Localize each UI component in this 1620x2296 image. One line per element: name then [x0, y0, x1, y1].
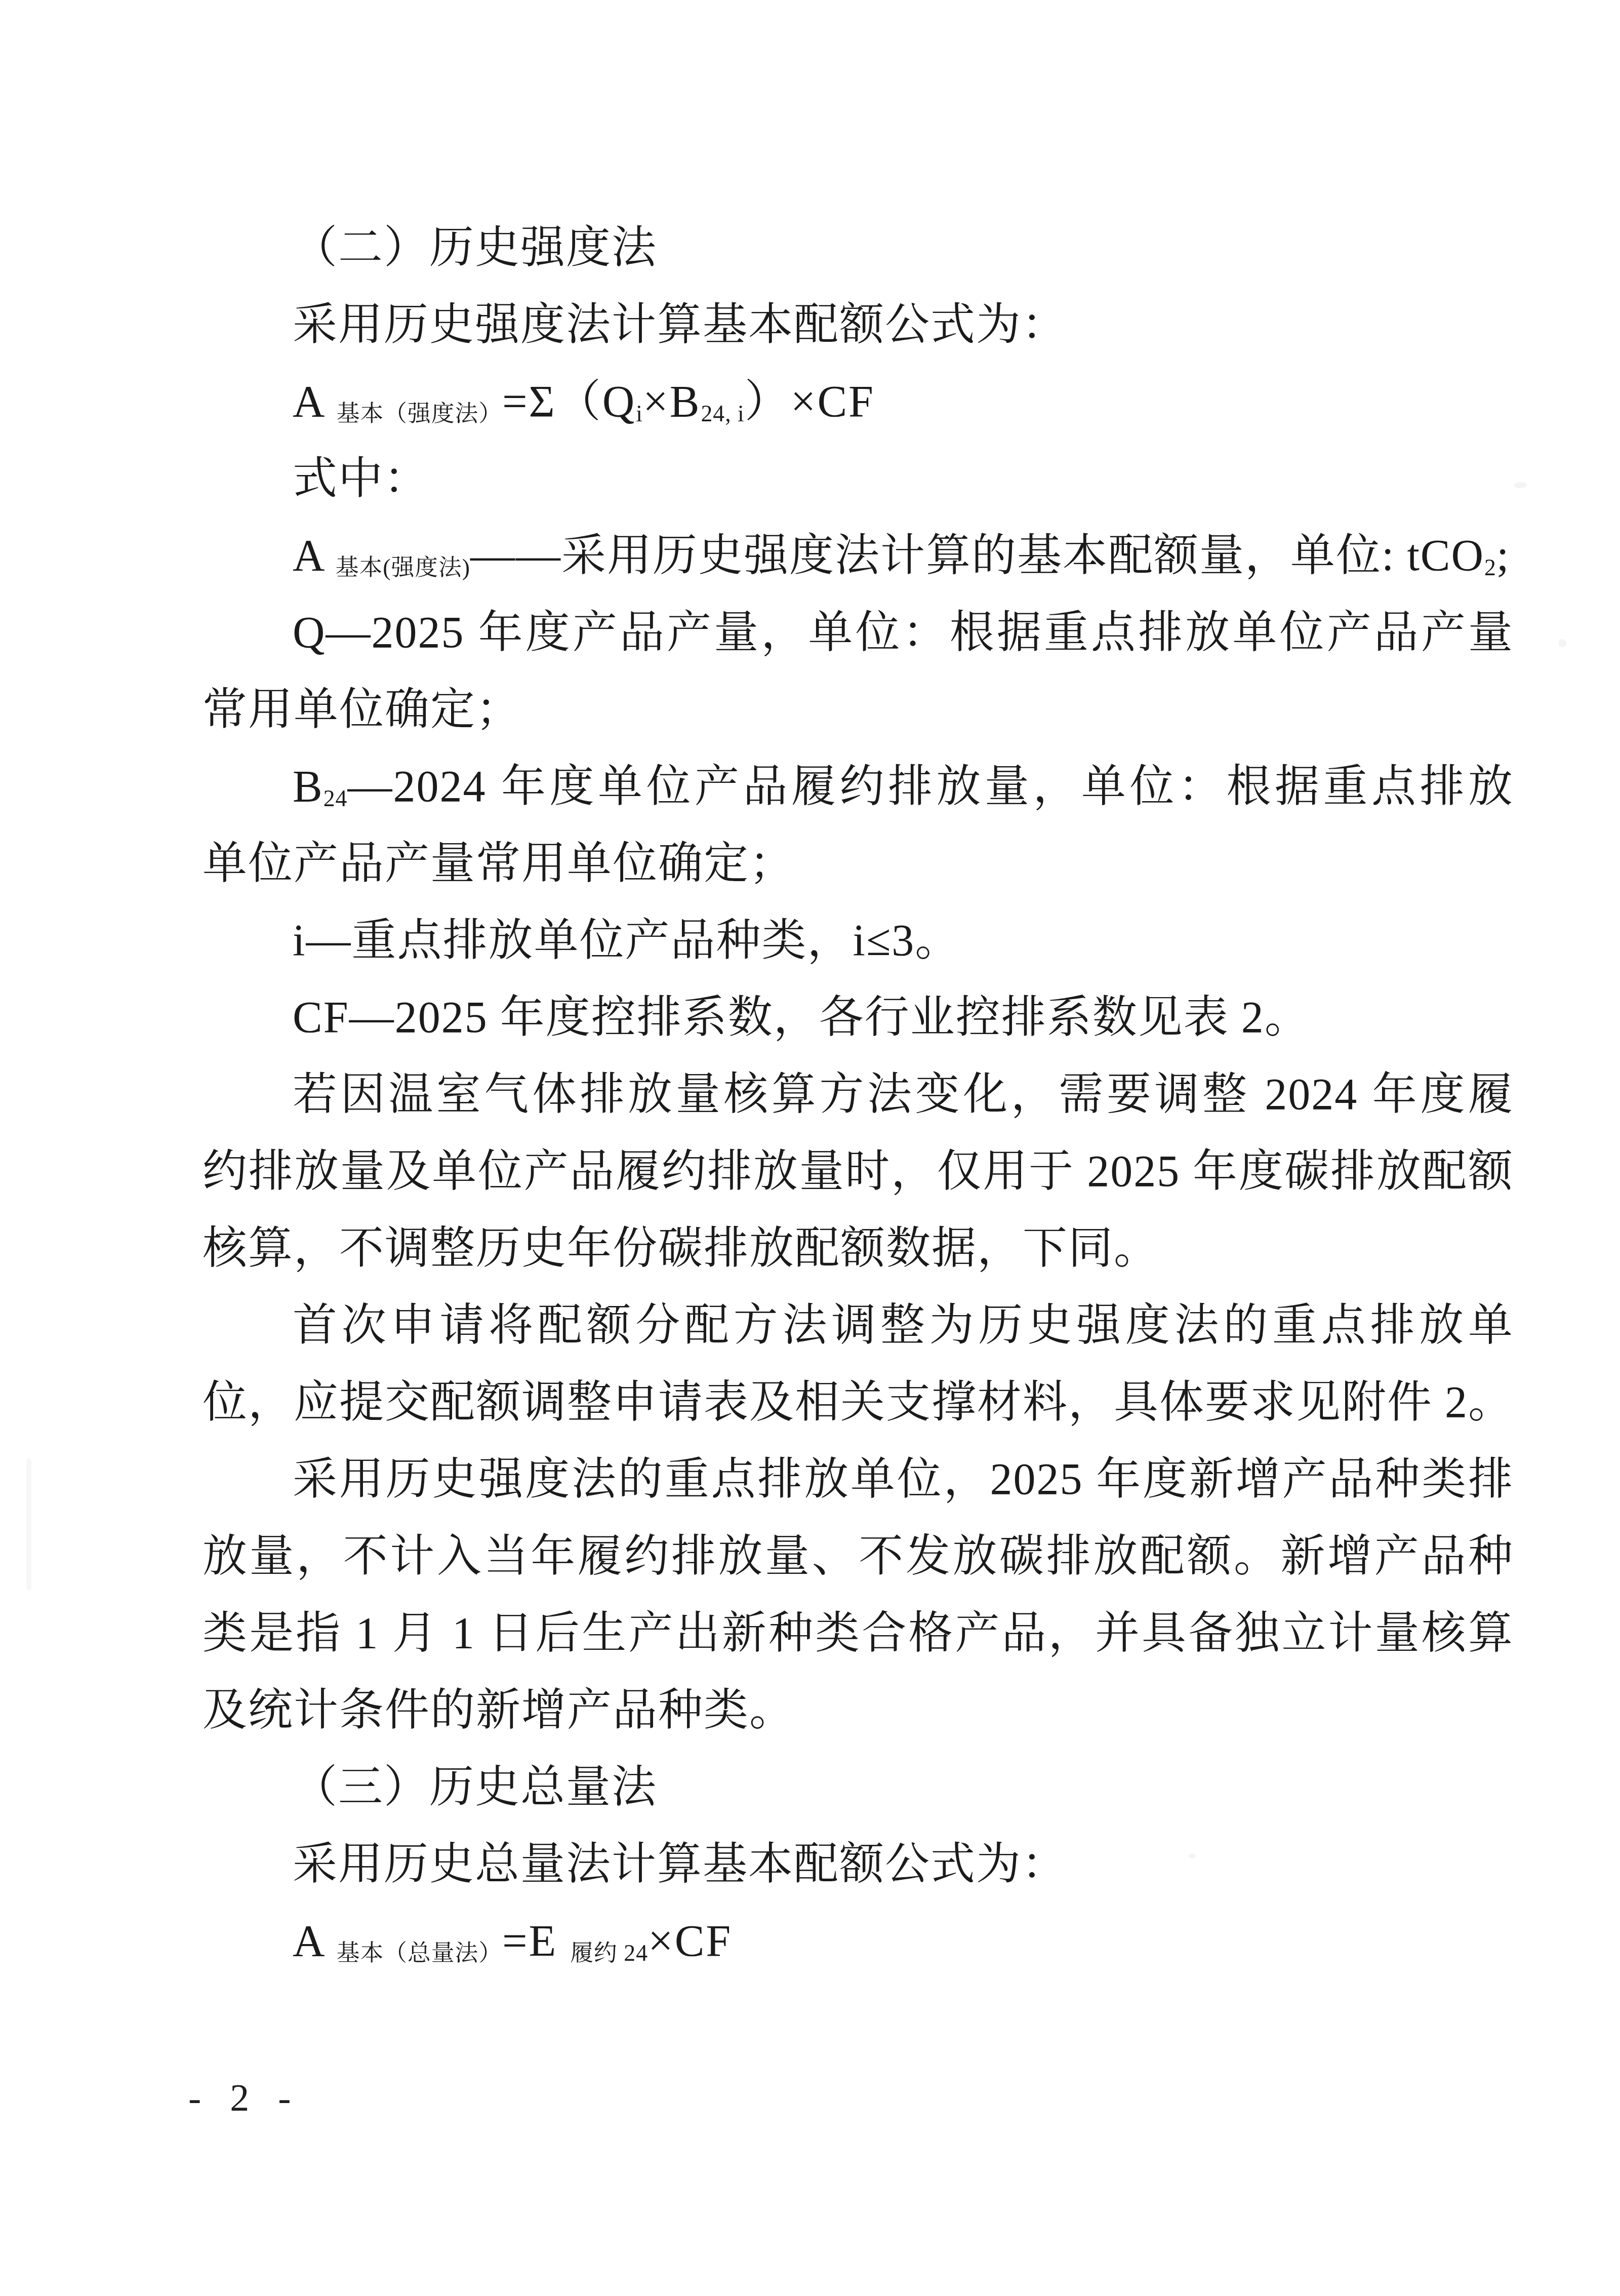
- line-definition-b24-2: 单位产品产量常用单位确定；: [202, 825, 1514, 902]
- line-definition-i: i—重点排放单位产品种类，i≤3。: [202, 902, 1514, 979]
- line-para-adjustment-2: 约排放量及单位产品履约排放量时，仅用于 2025 年度碳排放配额: [202, 1133, 1514, 1210]
- scan-artifact: [1558, 639, 1566, 647]
- line-para-adjustment-1: 若因温室气体排放量核算方法变化，需要调整 2024 年度履: [202, 1056, 1514, 1133]
- line-formula-intensity: A 基本（强度法）=Σ（Qi×B24, i）×CF: [202, 364, 1514, 441]
- line-formula-total: A 基本（总量法）=E 履约 24×CF: [202, 1903, 1514, 1980]
- page-number: - 2 -: [188, 2076, 294, 2120]
- line-formula-where-label: 式中：: [202, 441, 1514, 518]
- line-para-first-apply-2: 位，应提交配额调整申请表及相关支撑材料，具体要求见附件 2。: [202, 1364, 1514, 1441]
- line-definition-q-2: 常用单位确定；: [202, 671, 1514, 748]
- line-definition-cf: CF—2025 年度控排系数，各行业控排系数见表 2。: [202, 979, 1514, 1056]
- line-definition-q-1: Q—2025 年度产品产量，单位：根据重点排放单位产品产量: [202, 595, 1514, 671]
- line-para-new-product-1: 采用历史强度法的重点排放单位，2025 年度新增产品种类排: [202, 1441, 1514, 1518]
- scan-artifact: [1514, 482, 1527, 488]
- line-para-new-product-2: 放量，不计入当年履约排放量、不发放碳排放配额。新增产品种: [202, 1518, 1514, 1595]
- line-heading-historical-intensity: （二）历史强度法: [202, 210, 1514, 287]
- line-intro-total-formula: 采用历史总量法计算基本配额公式为：: [202, 1826, 1514, 1903]
- line-intro-intensity-formula: 采用历史强度法计算基本配额公式为：: [202, 287, 1514, 364]
- line-para-new-product-4: 及统计条件的新增产品种类。: [202, 1672, 1514, 1749]
- document-body: （二）历史强度法 采用历史强度法计算基本配额公式为： A 基本（强度法）=Σ（Q…: [202, 210, 1514, 1980]
- line-para-adjustment-3: 核算，不调整历史年份碳排放配额数据，下同。: [202, 1210, 1514, 1287]
- scan-artifact: [26, 1458, 31, 1590]
- line-para-new-product-3: 类是指 1 月 1 日后生产出新种类合格产品，并具备独立计量核算: [202, 1595, 1514, 1672]
- line-para-first-apply-1: 首次申请将配额分配方法调整为历史强度法的重点排放单: [202, 1287, 1514, 1364]
- line-heading-historical-total: （三）历史总量法: [202, 1749, 1514, 1826]
- line-definition-b24-1: B24—2024 年度单位产品履约排放量，单位：根据重点排放: [202, 748, 1514, 825]
- line-definition-a-intensity: A 基本(强度法)——采用历史强度法计算的基本配额量，单位: tCO2;: [202, 518, 1514, 595]
- document-page: （二）历史强度法 采用历史强度法计算基本配额公式为： A 基本（强度法）=Σ（Q…: [0, 0, 1620, 2296]
